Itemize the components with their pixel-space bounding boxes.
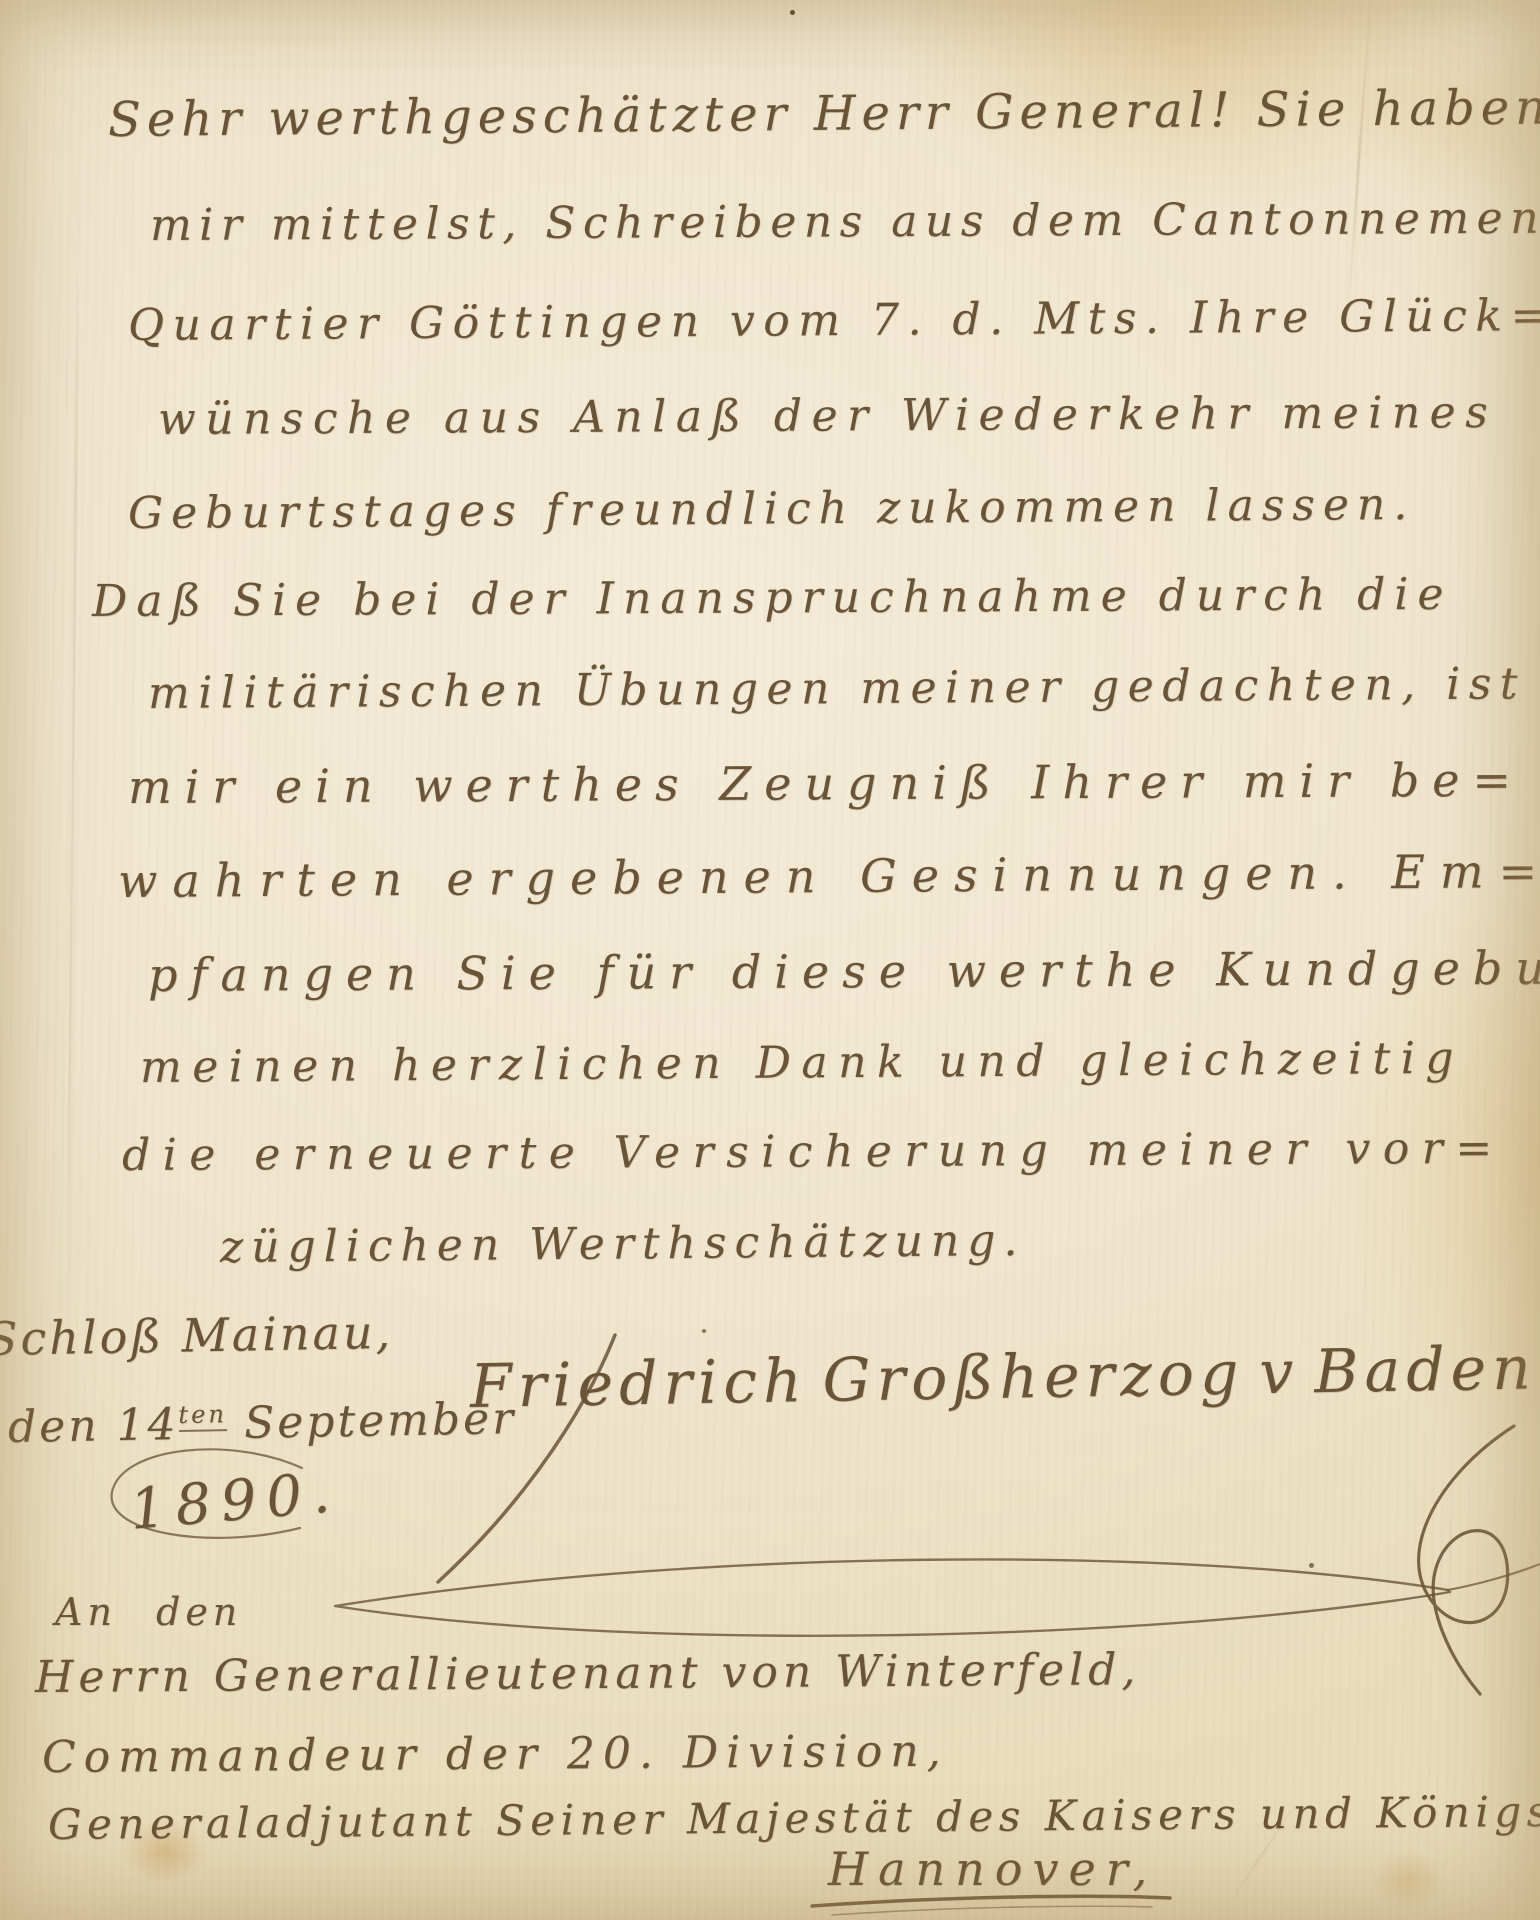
letter-line: pfangen Sie für diese werthe Kundgebung <box>148 940 1540 1002</box>
signature-name: Friedrich Großherzog v Baden <box>469 1333 1537 1422</box>
address-line: Herrn Generallieutenant von Winterfeld, <box>35 1644 1141 1703</box>
fold-crease-left <box>67 270 79 1270</box>
letter-line: meinen herzlichen Dank und gleichzeitig <box>140 1033 1464 1093</box>
ink-speck <box>1309 1563 1314 1568</box>
fold-crease-top-right <box>1346 0 1372 330</box>
ink-speck <box>702 1329 706 1333</box>
address-line: Generaladjutant Seiner Majestät des Kais… <box>48 1787 1540 1849</box>
city-underline <box>812 1896 1170 1906</box>
letter-line: Quartier Göttingen vom 7. d. Mts. Ihre G… <box>128 290 1540 351</box>
letter-line: mir mittelst, Schreibens aus dem Cantonn… <box>150 192 1540 251</box>
dateline-ordinal: ten <box>178 1401 227 1433</box>
letter-line: die erneuerte Versicherung meiner vor= <box>122 1123 1505 1181</box>
letter-line: wahrten ergebenen Gesinnungen. Em= <box>118 844 1540 908</box>
signature-underline-flourish <box>335 1559 1450 1635</box>
signature-paraph <box>1419 1426 1514 1694</box>
address-salutation: An den <box>55 1590 242 1634</box>
letter-line: Geburtstages freundlich zukommen lassen. <box>128 479 1416 539</box>
letter-line: militärischen Übungen meiner gedachten, … <box>148 658 1526 719</box>
dateline-year: 1890. <box>127 1460 342 1543</box>
dateline-date: den 14ten September <box>8 1393 517 1453</box>
signature-underline-tail <box>1448 1564 1540 1590</box>
letter-line: Sehr werthgeschätzter Herr General! Sie … <box>108 79 1540 148</box>
letter-line: wünsche aus Anlaß der Wiederkehr meines <box>158 387 1497 445</box>
ink-speck <box>790 10 795 15</box>
city-underline-secondary <box>832 1906 1152 1915</box>
letter-line: züglichen Werthschätzung. <box>220 1215 1026 1273</box>
dateline-place: Schloß Mainau, <box>0 1305 394 1366</box>
letter-line: Daß Sie bei der Inanspruchnahme durch di… <box>92 569 1453 627</box>
address-line: Commandeur der 20. Division, <box>42 1726 949 1783</box>
letter-line: mir ein werthes Zeugniß Ihrer mir be= <box>128 753 1524 814</box>
letter-page: Sehr werthgeschätzter Herr General! Sie … <box>0 0 1540 1920</box>
address-city: Hannover, <box>828 1842 1157 1896</box>
dateline-date-day: den 14 <box>8 1399 179 1453</box>
